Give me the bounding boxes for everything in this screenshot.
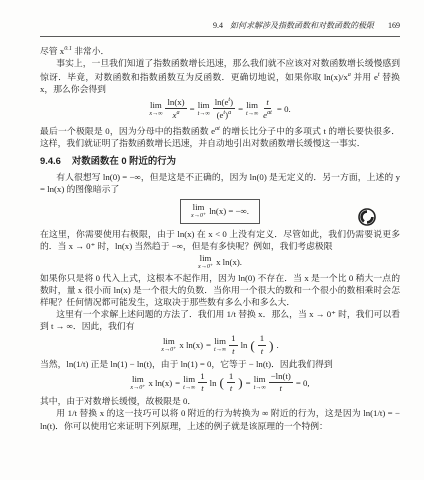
paragraph-limit-is-zero: 其中，由于对数增长缓慢，故极限是 0． xyxy=(40,395,400,407)
subsection-number: 9.4.6 xyxy=(40,155,61,166)
paragraph-exp-log-inverse: 事实上，一旦我们知道了指数函数增长迅速，那么我们就不应该对对数函数增长缓慢感到惊… xyxy=(40,57,400,95)
subsection-heading: 9.4.6对数函数在 0 附近的行为 xyxy=(40,155,400,167)
running-head: 9.4 如何求解涉及指数函数和对数函数的极限 169 xyxy=(40,20,400,37)
paragraph-right-limit-needed: 在这里，你需要使用右极限，由于 ln(x) 在 x < 0 上没有定义．尽管如此… xyxy=(40,228,400,252)
fraction: 1t xyxy=(229,334,237,355)
display-formula-full-chain: limx→0⁺ x ln(x) = limt→∞ 1t ln ( 1t ) = … xyxy=(40,372,400,393)
limit-operator: limt→∞ xyxy=(183,375,195,391)
display-formula-limit-xlnx: limx→0⁺ x ln(x). xyxy=(40,254,400,270)
limit-operator: limx→0⁺ xyxy=(130,375,145,391)
limit-operator: limt→∞ xyxy=(254,375,266,391)
right-parenthesis: ) xyxy=(269,339,273,352)
page-number: 169 xyxy=(388,21,400,30)
fraction: 1t xyxy=(258,334,266,355)
paragraph-plug-in-zero: 如果你只是将 0 代入上式，这根本不起作用，因为 ln(0) 不存在．当 x 是… xyxy=(40,272,400,308)
paragraph-trick-principle: 用 1/t 替换 x 的这一技巧可以将 0 附近的行为转换为 ∞ 附近的行为，这… xyxy=(40,407,400,431)
display-formula-substitute-one-over-t: limx→0⁺ x ln(x) = limt→∞ 1t ln ( 1t ) . xyxy=(40,334,400,355)
limit-operator: limx→0⁺ xyxy=(191,203,206,219)
display-formula-limit-lnx-neg-infinity: limx→0⁺ ln(x) = −∞. xyxy=(180,199,260,224)
limit-operator: limx→0⁺ xyxy=(198,254,213,270)
page-body: 尽管 x0.1 非常小． 事实上，一旦我们知道了指数函数增长迅速，那么我们就不应… xyxy=(40,37,400,432)
fraction: −ln(t)t xyxy=(269,372,293,393)
spiral-icon xyxy=(357,207,377,227)
fraction: 1t xyxy=(198,372,206,393)
paragraph-ln-one-over-t: 当然，ln(1/t) 正是 ln(1) − ln(t)，由于 ln(1) = 0… xyxy=(40,358,400,370)
left-parenthesis: ( xyxy=(250,339,254,352)
boxed-formula-wrapper: limx→0⁺ ln(x) = −∞. xyxy=(40,199,400,224)
fraction: 1t xyxy=(227,372,235,393)
paragraph-last-limit-zero: 最后一个极限是 0，因为分母中的指数函数 eat 的增长比分子中的多项式 t 的… xyxy=(40,123,400,149)
limit-operator: limx→∞ xyxy=(149,101,162,117)
right-parenthesis: ) xyxy=(238,376,242,389)
paragraph-ln0-undefined: 有人很想写 ln(0) = −∞，但是这是不正确的，因为 ln(0) 是无定义的… xyxy=(40,171,400,195)
subsection-title: 对数函数在 0 附近的行为 xyxy=(72,155,176,166)
running-head-section-number: 9.4 xyxy=(213,21,223,30)
left-parenthesis: ( xyxy=(220,376,224,389)
fraction: ln(x)xa xyxy=(165,98,186,120)
limit-operator: limt→∞ xyxy=(246,101,258,117)
limit-operator: limt→∞ xyxy=(214,337,226,353)
paragraph-substitution-method: 这里有一个求解上述问题的方法了．我们用 1/t 替换 x．那么，当 x → 0⁺… xyxy=(40,308,400,332)
book-page: 9.4 如何求解涉及指数函数和对数函数的极限 169 尽管 x0.1 非常小． … xyxy=(0,0,424,480)
limit-operator: limt→∞ xyxy=(198,101,210,117)
exponent: 0.1 xyxy=(64,45,72,52)
limit-operator: limx→0⁺ xyxy=(161,337,176,353)
paragraph-continuation: 尽管 x0.1 非常小． xyxy=(40,43,400,57)
running-head-section-title: 如何求解涉及指数函数和对数函数的极限 xyxy=(230,20,374,31)
fraction: teat xyxy=(261,98,274,120)
fraction: ln(et)(et)a xyxy=(213,97,235,120)
display-formula-limit-lnx-over-xa: limx→∞ ln(x)xa = limt→∞ ln(et)(et)a = li… xyxy=(40,97,400,120)
